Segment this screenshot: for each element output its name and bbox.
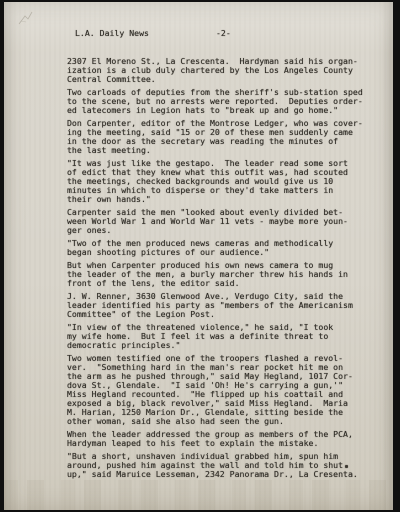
- page-header: L.A. Daily News -2-: [4, 29, 393, 39]
- paragraph: Carpenter said the men "looked about eve…: [67, 208, 379, 235]
- paragraph: Two carloads of deputies from the sherif…: [67, 88, 379, 115]
- paragraph: 2307 El Moreno St., La Crescenta. Hardym…: [67, 57, 379, 84]
- paragraph: "But a short, unshaven individual grabbe…: [67, 452, 379, 479]
- paragraph: "Two of the men produced news cameras an…: [67, 239, 379, 257]
- pencil-scribble-mark: [17, 10, 35, 28]
- paragraph: When the leader addressed the group as m…: [67, 430, 379, 448]
- ink-speck: [345, 465, 348, 468]
- paragraph: J. W. Renner, 3630 Glenwood Ave., Verdug…: [67, 292, 379, 319]
- paragraph: But when Carpenter produced his own news…: [67, 261, 379, 288]
- paragraph: "It was just like the gestapo. The leade…: [67, 159, 379, 204]
- paragraph: Don Carpenter, editor of the Montrose Le…: [67, 119, 379, 155]
- publication-title: L.A. Daily News: [75, 29, 149, 38]
- page-number: -2-: [216, 29, 231, 38]
- paragraph: "In view of the threatened violence," he…: [67, 323, 379, 350]
- paragraph: Two women testified one of the troopers …: [67, 354, 379, 426]
- document-body: 2307 El Moreno St., La Crescenta. Hardym…: [67, 57, 379, 483]
- typewritten-page: L.A. Daily News -2- 2307 El Moreno St., …: [4, 2, 393, 510]
